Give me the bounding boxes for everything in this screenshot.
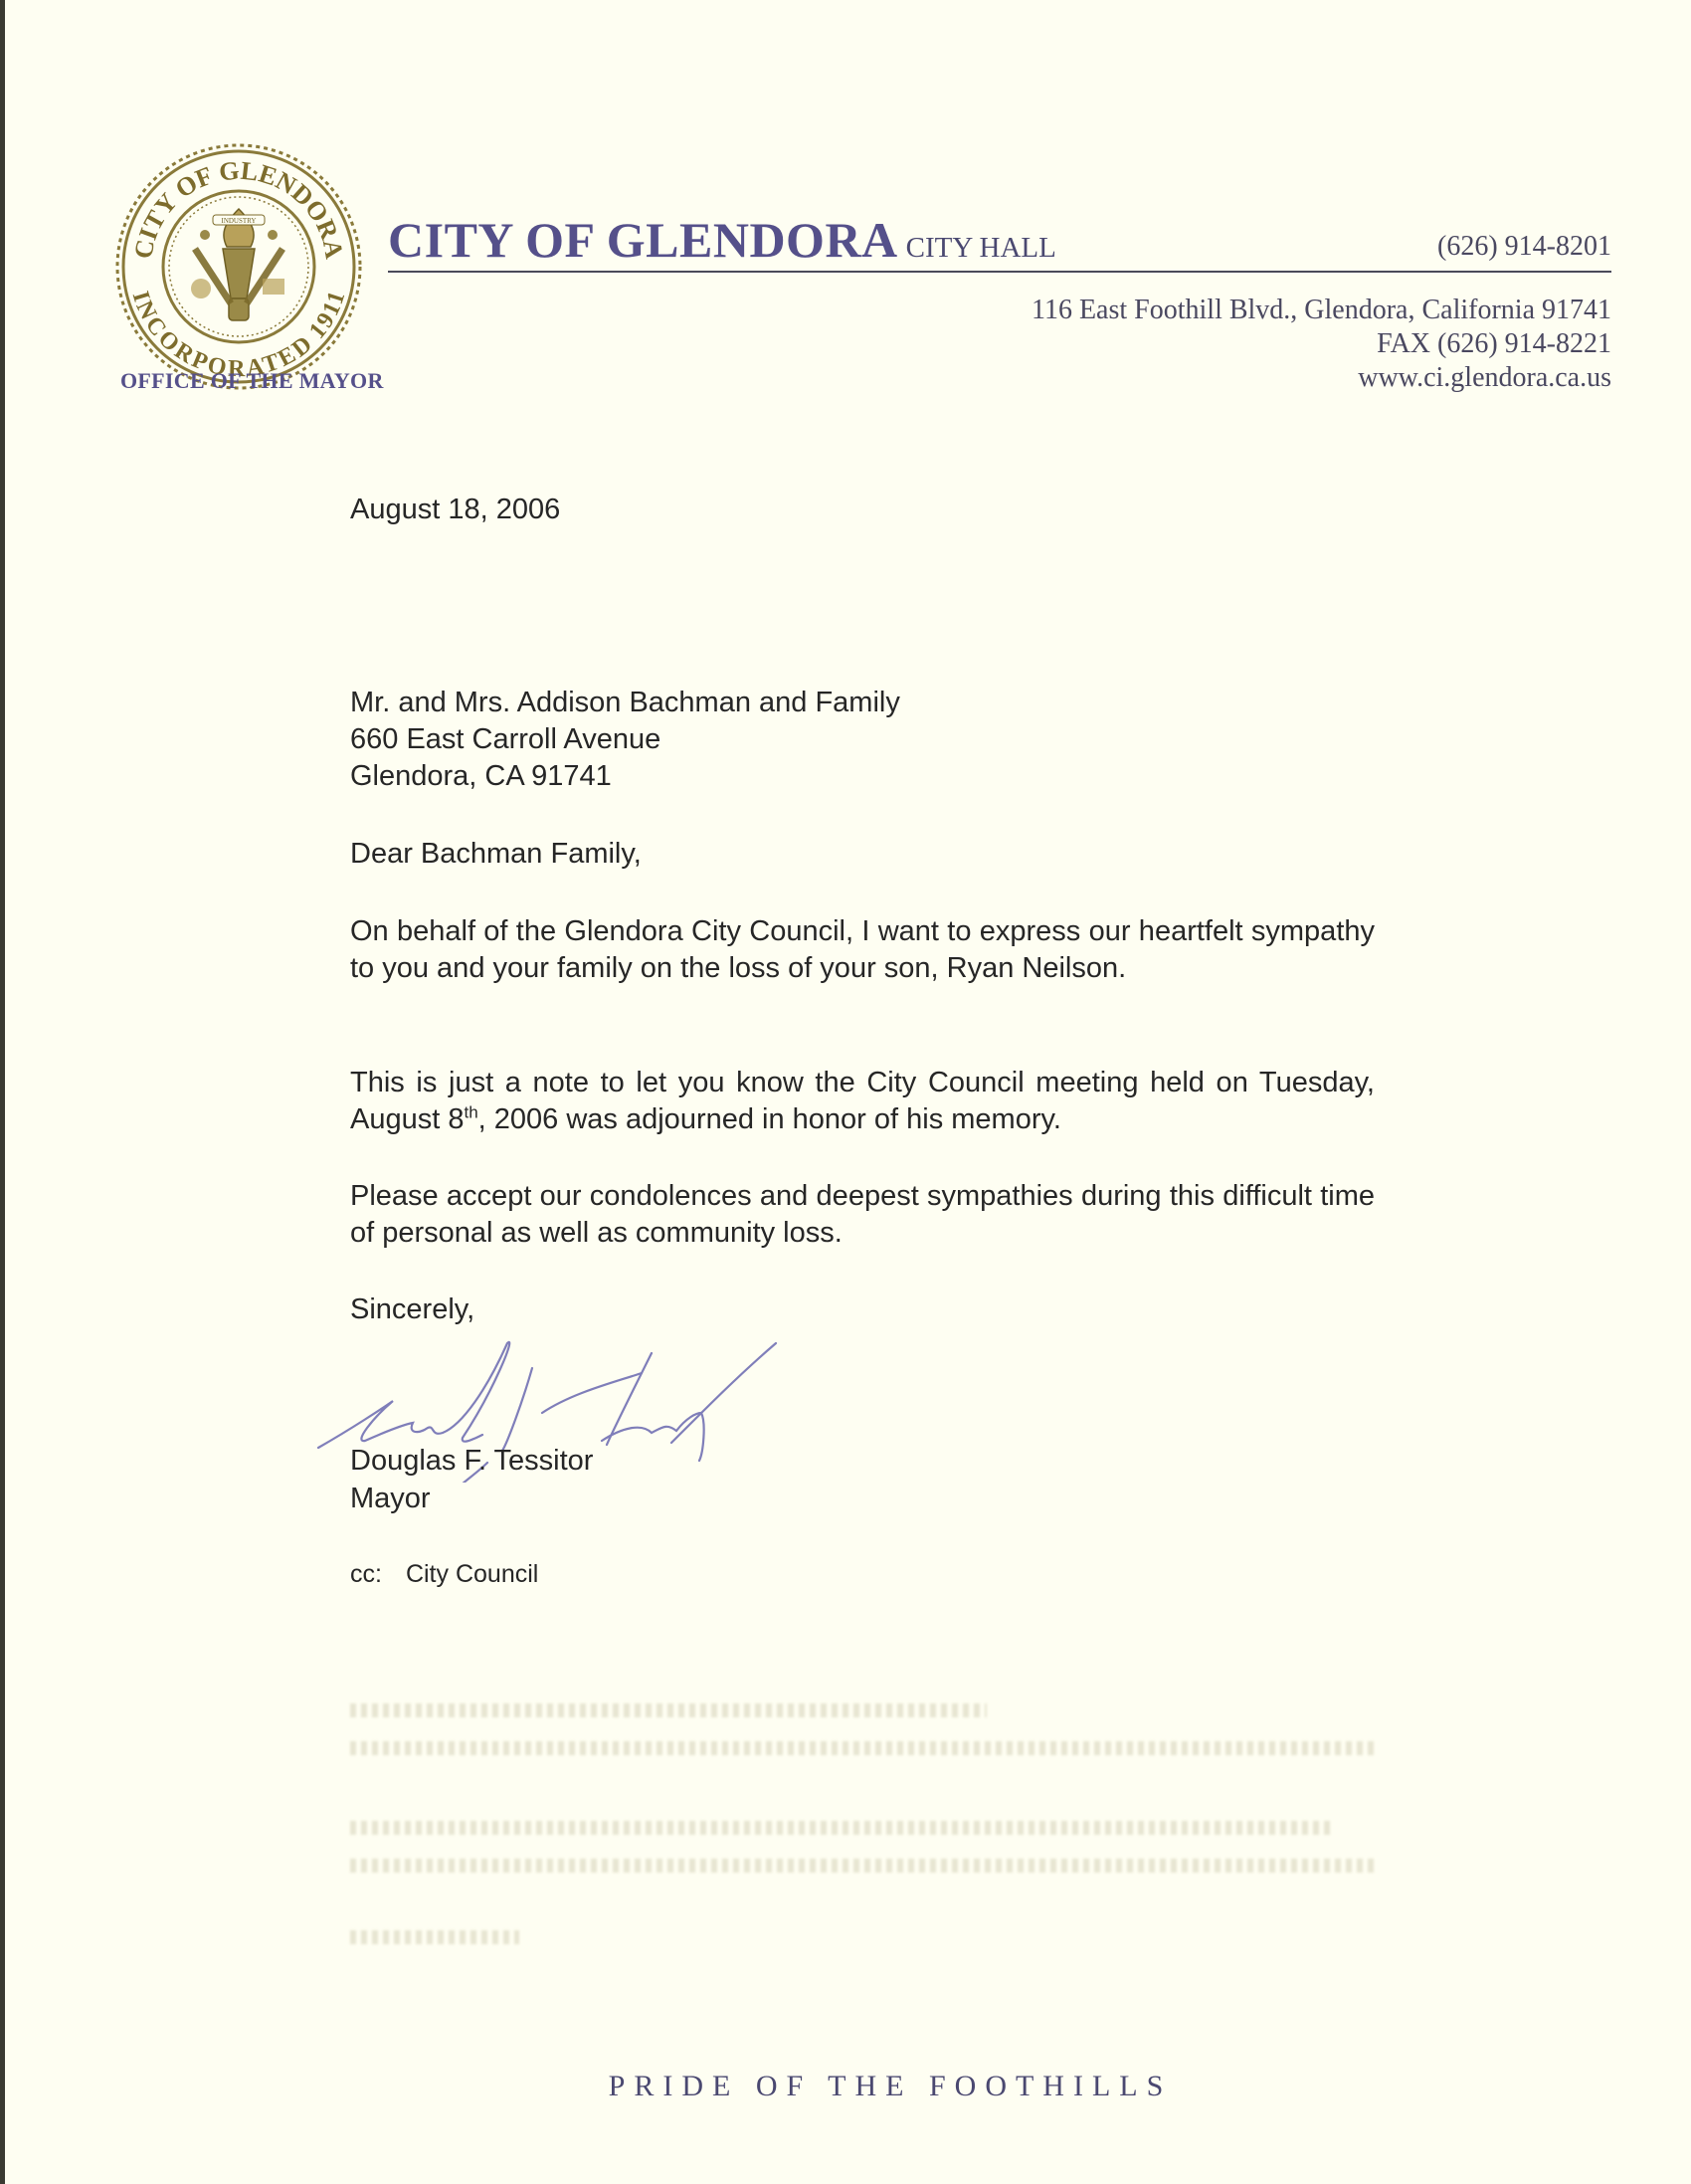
recipient-city: Glendora, CA 91741: [350, 760, 612, 793]
recipient-name: Mr. and Mrs. Addison Bachman and Family: [350, 687, 900, 719]
bleed-through-text: [350, 1930, 519, 1944]
signer-title: Mayor: [350, 1483, 431, 1515]
city-hall-label: CITY HALL: [906, 232, 1056, 264]
footer-motto: PRIDE OF THE FOOTHILLS: [0, 2070, 1691, 2103]
closing: Sincerely,: [350, 1293, 474, 1326]
address: 116 East Foothill Blvd., Glendora, Calif…: [1032, 295, 1611, 326]
paragraph-1: On behalf of the Glendora City Council, …: [350, 913, 1375, 987]
letter-date: August 18, 2006: [350, 494, 560, 526]
fax-number: FAX (626) 914-8221: [1377, 328, 1611, 360]
bleed-through-text: [350, 1859, 1375, 1873]
cc-value: City Council: [406, 1560, 538, 1588]
cc-line: cc:City Council: [350, 1560, 538, 1589]
bleed-through-text: [350, 1821, 1335, 1835]
signer-name: Douglas F. Tessitor: [350, 1445, 593, 1478]
city-seal-icon: CITY OF GLENDORA INCORPORATED 1911 INDUS…: [111, 139, 366, 394]
letterhead-rule: [388, 271, 1611, 273]
cc-label: cc:: [350, 1560, 382, 1588]
office-label: OFFICE OF THE MAYOR: [120, 368, 384, 394]
letterhead-title: CITY OF GLENDORACITY HALL: [388, 211, 1056, 269]
bleed-through-text: [350, 1703, 987, 1717]
paragraph-2: This is just a note to let you know the …: [350, 1065, 1375, 1138]
phone-number: (626) 914-8201: [1437, 231, 1611, 263]
paragraph-3: Please accept our condolences and deepes…: [350, 1178, 1375, 1252]
svg-text:INDUSTRY: INDUSTRY: [221, 217, 256, 225]
scan-edge: [0, 0, 5, 2184]
website-link[interactable]: www.ci.glendora.ca.us: [1358, 362, 1611, 394]
city-name: CITY OF GLENDORA: [388, 212, 898, 268]
recipient-street: 660 East Carroll Avenue: [350, 723, 660, 756]
bleed-through-text: [350, 1741, 1375, 1755]
salutation: Dear Bachman Family,: [350, 838, 642, 871]
